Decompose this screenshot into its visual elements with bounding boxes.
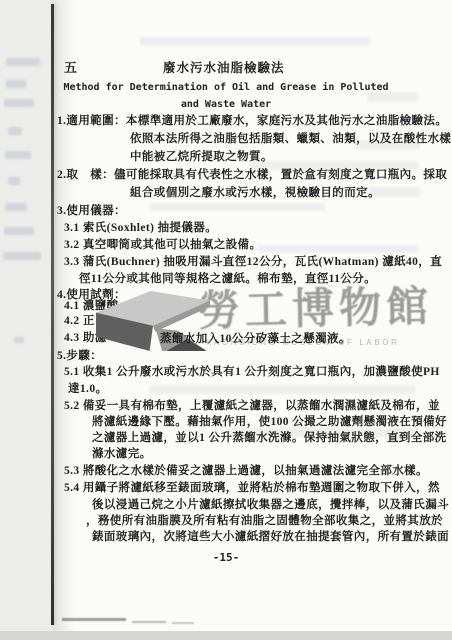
text-line: 2.取 樣：儘可能採取具有代表性之水樣，置於盒有刻度之寬口瓶內。採取 bbox=[57, 168, 447, 182]
page-title: 廢水污水油脂檢驗法 bbox=[163, 61, 285, 75]
text-line: 錶面玻璃內，次將這些大小濾紙摺好放在抽提套管內，所有置於錶面 bbox=[92, 530, 449, 544]
page-number: -15- bbox=[0, 551, 452, 565]
page-title-english-line2: and Waste Water bbox=[0, 98, 452, 112]
text-line: 將濾紙邊緣下壓。藉抽氣作用，使100 公撮之助濾劑懸濁液在預備好 bbox=[92, 415, 447, 429]
text-line: 滌水濾完。 bbox=[92, 447, 152, 461]
text-line: 4.2 正 bbox=[64, 314, 95, 328]
bleedthrough-mark bbox=[8, 177, 20, 185]
page-title-english-line1: Method for Determination of Oil and Grea… bbox=[0, 81, 452, 95]
bleedthrough-mark bbox=[5, 151, 31, 159]
scan-smudge bbox=[62, 618, 126, 621]
text-line: 5.3 將酸化之水樣於備妥之濾器上過濾，以抽氣過濾法濾完全部水樣。 bbox=[64, 464, 428, 478]
text-line: 之濾器上過濾，並以1 公升蒸餾水洗滌。保持抽氣狀態，直到全部洗 bbox=[92, 431, 447, 445]
text-line: 5.步驟： bbox=[57, 349, 102, 363]
text-line: 組合或個別之廢水或污水樣，視檢驗目的而定。 bbox=[130, 186, 380, 200]
scan-smudge bbox=[172, 622, 194, 624]
text-line: 依照本法所得之油脂包括脂類、蠟類、油類，以及在酸性水樣 bbox=[130, 132, 451, 146]
bleedthrough-mark bbox=[258, 245, 418, 253]
scan-margin bbox=[0, 0, 52, 640]
text-line: 1.適用範圍：本標準適用於工廠廢水，家庭污水及其他污水之油脂檢驗法。 bbox=[57, 114, 447, 128]
section-number: 五 bbox=[64, 61, 77, 75]
text-line: 徑11公分或其他同等規格之濾紙。棉布墊，直徑11公分。 bbox=[79, 272, 376, 286]
bleedthrough-mark bbox=[150, 203, 325, 211]
text-line: 達1.0。 bbox=[68, 382, 107, 396]
bleedthrough-mark bbox=[140, 37, 370, 46]
bleedthrough-mark bbox=[8, 127, 22, 135]
text-line: 5.1 收集1 公升廢水或污水於具有1 公升刻度之寬口瓶內，加濃鹽酸使PH bbox=[64, 365, 440, 379]
text-line: 3.2 真空唧筒或其他可以抽氣之設備。 bbox=[64, 238, 261, 252]
scanner-bed-edge bbox=[0, 631, 452, 640]
text-line: 中能被乙烷所提取之物質。 bbox=[130, 150, 273, 164]
bleedthrough-mark bbox=[5, 203, 27, 211]
bleedthrough-mark bbox=[150, 385, 415, 394]
text-line: 3.1 索氏(Soxhlet) 抽提儀器。 bbox=[64, 221, 217, 235]
text-line: 5.4 用鑷子將濾紙移至錶面玻璃，並將粘於棉布墊週圍之物取下併入，然 bbox=[64, 481, 440, 495]
bleedthrough-mark bbox=[14, 337, 24, 343]
text-line: 3.3 蒲氏(Buchner) 抽吸用漏斗直徑12公分，瓦氏(Whatman) … bbox=[64, 255, 442, 269]
text-line-over-watermark: 蒸餾水加入10公分矽藻土之懸濁液。 bbox=[160, 332, 351, 346]
scanned-document-page: 五 廢水污水油脂檢驗法 Method for Determination of … bbox=[0, 0, 452, 640]
bleedthrough-mark bbox=[6, 58, 40, 66]
bleedthrough-mark bbox=[4, 227, 34, 235]
text-line: 3.使用儀器： bbox=[57, 204, 126, 218]
text-line: 5.2 備妥一具有棉布墊，上覆濾紙之濾器，以蒸餾水潤濕濾紙及棉布，並 bbox=[64, 399, 440, 413]
bleedthrough-mark bbox=[3, 252, 41, 260]
text-line: ，務使所有油脂膜及所有粘有油脂之固體物全部收集之，並將其放於 bbox=[86, 514, 443, 528]
scan-smudge bbox=[132, 621, 166, 623]
text-line: 後以浸過己烷之小片濾紙擦拭收集器之邊底，攪拌棒，以及蒲氏漏斗 bbox=[92, 498, 449, 512]
